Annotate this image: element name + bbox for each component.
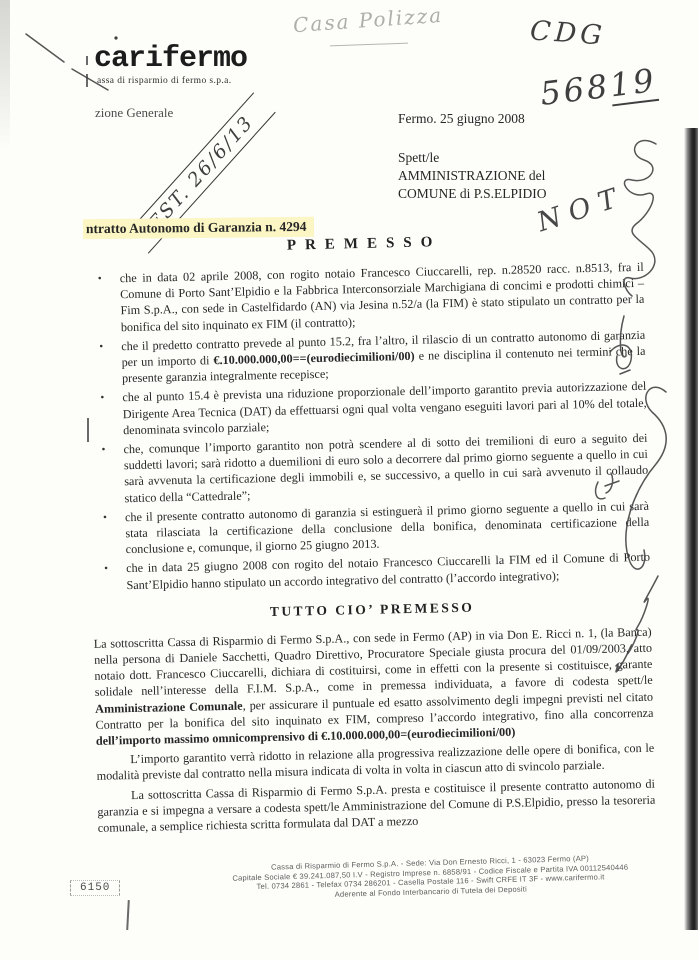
recipient-line2: COMUNE di P.S.ELPIDIO <box>398 185 547 203</box>
handwritten-underline <box>330 43 408 47</box>
handwritten-note-casa-polizza: Casa Polizza <box>292 3 444 37</box>
scan-left-edge-shadow <box>0 0 10 150</box>
bank-logo-subtitle: assa di risparmio di fermo s.p.a. <box>97 76 232 86</box>
bold-text-segment: Amministrazione Comunale <box>95 698 243 715</box>
date-line: Fermo. 25 giugno 2008 <box>398 111 525 127</box>
body-paragraph: La sottoscritta Cassa di Risparmio di Fe… <box>97 775 656 836</box>
handwritten-number-main: 568 <box>538 67 612 113</box>
bank-logo: carifermo <box>94 42 247 76</box>
recipient-block: Spett/le AMMINISTRAZIONE del COMUNE di P… <box>398 149 547 203</box>
recipient-salutation: Spett/le <box>398 149 547 167</box>
handwritten-number-underlined: 19 <box>608 61 659 106</box>
handwritten-number: 56819 <box>538 61 659 113</box>
bold-text-segment: €.10.000.000,00==(eurodiecimilioni/00) <box>213 349 414 367</box>
scan-mark <box>126 900 130 930</box>
handwritten-cdg: CDG <box>529 15 607 51</box>
text-segment: La sottoscritta Cassa di Risparmio di Fe… <box>97 776 655 835</box>
contract-reference-highlighted: ntratto Autonomo di Garanzia n. 4294 <box>83 217 314 239</box>
scanned-letter-page: Casa Polizza CDG 56819 carifermo assa di… <box>0 0 698 960</box>
footer-bank-details: Cassa di Risparmio di Fermo S.p.A. - Sed… <box>150 850 698 904</box>
signature-scribble <box>560 130 698 690</box>
department-line: zione Generale <box>95 105 173 121</box>
recipient-line1: AMMINISTRAZIONE del <box>398 167 547 185</box>
stamp-number-box: 6150 <box>70 880 120 896</box>
